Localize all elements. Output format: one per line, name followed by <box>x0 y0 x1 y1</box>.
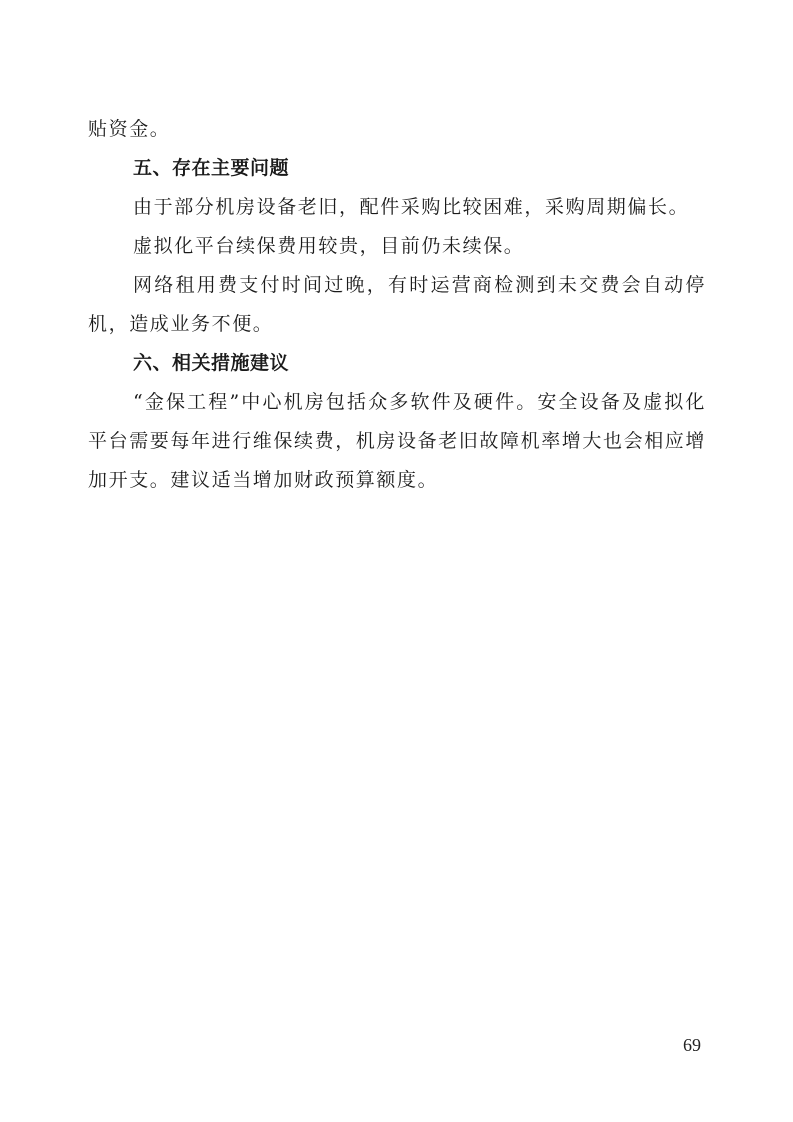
paragraph: 网络租用费支付时间过晚，有时运营商检测到未交费会自动停机，造成业务不便。 <box>88 266 706 344</box>
section-heading-suggestions: 六、相关措施建议 <box>88 344 706 383</box>
paragraph: 虚拟化平台续保费用较贵，目前仍未续保。 <box>88 227 706 266</box>
paragraph: “金保工程”中心机房包括众多软件及硬件。安全设备及虚拟化平台需要每年进行维保续费… <box>88 383 706 500</box>
document-page: 贴资金。 五、存在主要问题 由于部分机房设备老旧，配件采购比较困难，采购周期偏长… <box>88 110 706 500</box>
continuation-text: 贴资金。 <box>88 110 706 149</box>
paragraph: 由于部分机房设备老旧，配件采购比较困难，采购周期偏长。 <box>88 188 706 227</box>
page-number: 69 <box>683 1035 701 1056</box>
section-heading-problems: 五、存在主要问题 <box>88 149 706 188</box>
